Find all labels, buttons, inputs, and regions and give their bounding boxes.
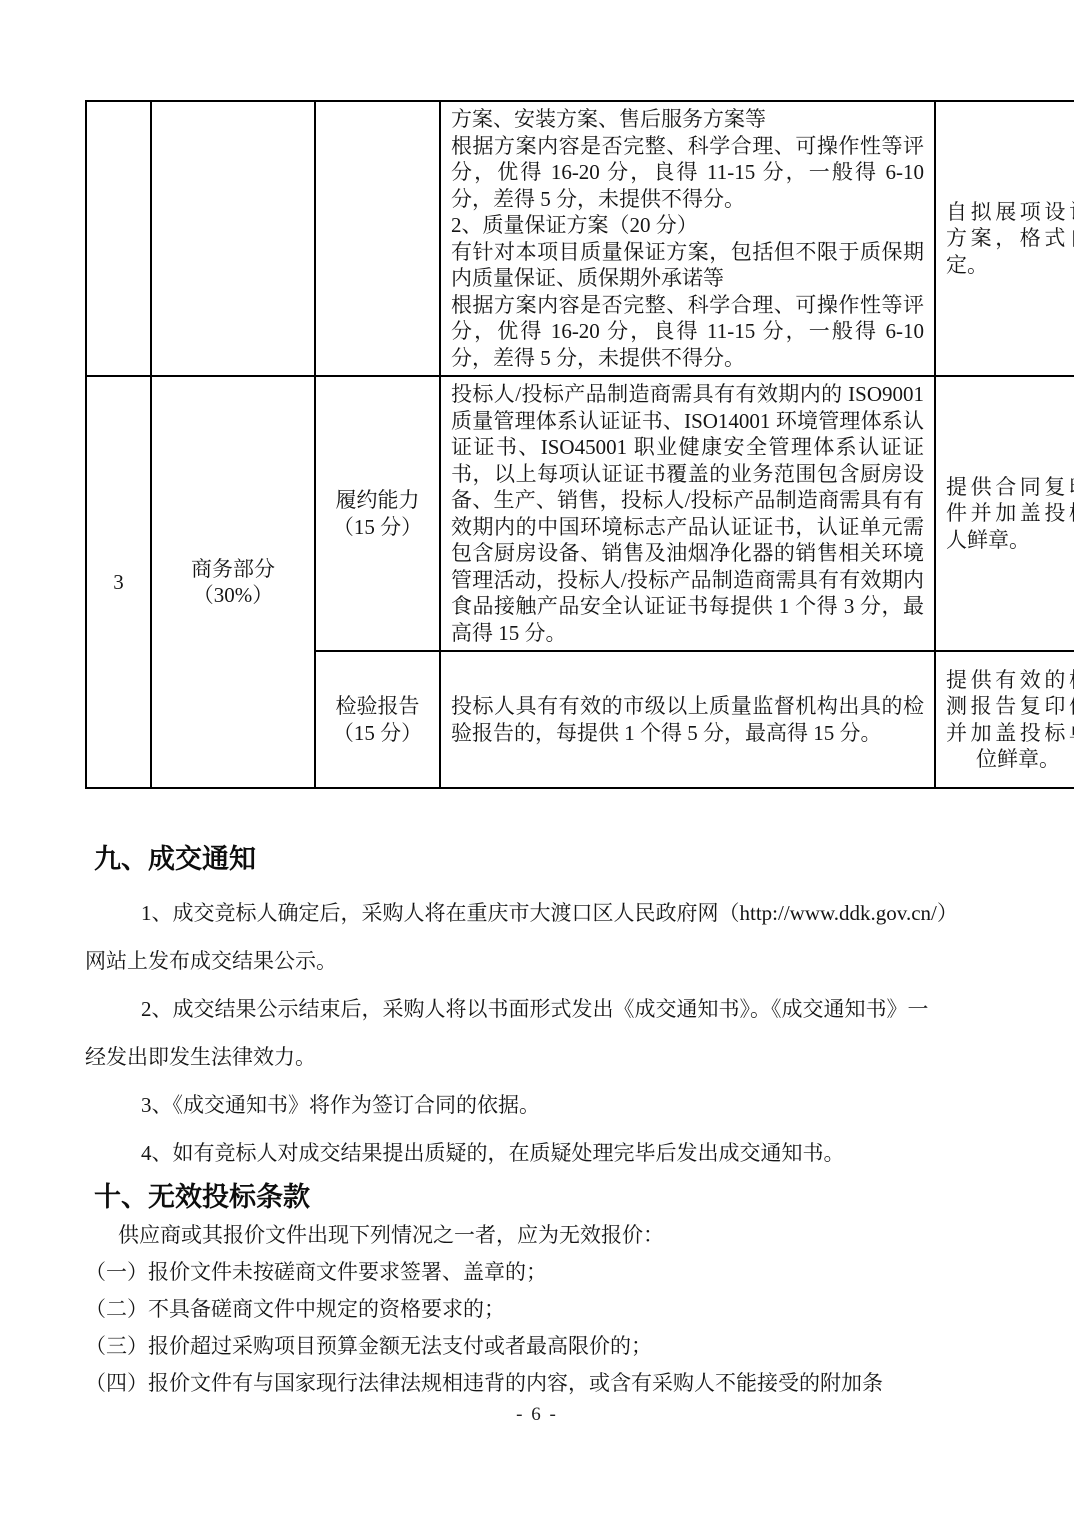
section10-intro: 供应商或其报价文件出现下列情况之一者，应为无效报价： <box>85 1217 990 1254</box>
section9-paragraphs: 1、成交竞标人确定后，采购人将在重庆市大渡口区人民政府网（http://www.… <box>85 889 965 1177</box>
paragraph-line: 网站上发布成交结果公示。 <box>85 937 965 985</box>
criteria-paragraph: 根据方案内容是否完整、科学合理、可操作性等评分，优得 16-20 分，良得 11… <box>451 133 924 213</box>
paragraph-line: 经发出即发生法律效力。 <box>85 1033 965 1081</box>
section10-body: 供应商或其报价文件出现下列情况之一者，应为无效报价： （一）报价文件未按磋商文件… <box>85 1217 990 1402</box>
page-body: 九、成交通知 1、成交竞标人确定后，采购人将在重庆市大渡口区人民政府网（http… <box>85 841 990 1402</box>
table-row-commercial: 3 商务部分（30%） 履约能力（15 分） 投标人/投标产品制造商需具有有效期… <box>86 376 1074 651</box>
paragraph-line: 1、成交竞标人确定后，采购人将在重庆市大渡口区人民政府网（http://www.… <box>85 889 965 937</box>
cell-serial-number: 3 <box>86 376 151 788</box>
cell-no-empty <box>86 101 151 376</box>
cell-criteria: 投标人具有有效的市级以上质量监督机构出具的检验报告的，每提供 1 个得 5 分，… <box>440 651 935 788</box>
cell-item-empty <box>315 101 440 376</box>
cell-category: 商务部分（30%） <box>151 376 315 788</box>
cell-note: 提供有效的检测报告复印件并加盖投标单位鲜章。 <box>935 651 1074 788</box>
criteria-paragraph: 2、质量保证方案（20 分） <box>451 212 924 239</box>
section10-heading: 十、无效投标条款 <box>85 1179 990 1215</box>
paragraph: 4、如有竞标人对成交结果提出质疑的，在质疑处理完毕后发出成交通知书。 <box>85 1129 965 1177</box>
cell-note: 提供合同复印件并加盖投标人鲜章。 <box>935 376 1074 651</box>
table-row-continuation: 方案、安装方案、售后服务方案等 根据方案内容是否完整、科学合理、可操作性等评分，… <box>86 101 1074 376</box>
section10-item: （一）报价文件未按磋商文件要求签署、盖章的； <box>85 1254 990 1291</box>
section10-item: （四）报价文件有与国家现行法律法规相违背的内容，或含有采购人不能接受的附加条 <box>85 1365 990 1402</box>
document-page: 方案、安装方案、售后服务方案等 根据方案内容是否完整、科学合理、可操作性等评分，… <box>0 0 1074 1520</box>
criteria-paragraph: 方案、安装方案、售后服务方案等 <box>451 106 924 133</box>
cell-category-empty <box>151 101 315 376</box>
cell-item-inspection: 检验报告（15 分） <box>315 651 440 788</box>
criteria-paragraph: 根据方案内容是否完整、科学合理、可操作性等评分，优得 16-20 分，良得 11… <box>451 292 924 372</box>
cell-item-performance: 履约能力（15 分） <box>315 376 440 651</box>
cell-criteria: 投标人/投标产品制造商需具有有效期内的 ISO9001 质量管理体系认证证书、I… <box>440 376 935 651</box>
paragraph: 1、成交竞标人确定后，采购人将在重庆市大渡口区人民政府网（http://www.… <box>85 889 965 985</box>
section10-item: （二）不具备磋商文件中规定的资格要求的； <box>85 1291 990 1328</box>
criteria-paragraph: 有针对本项目质量保证方案，包括但不限于质保期内质量保证、质保期外承诺等 <box>451 239 924 292</box>
section9-heading: 九、成交通知 <box>85 841 990 877</box>
evaluation-table: 方案、安装方案、售后服务方案等 根据方案内容是否完整、科学合理、可操作性等评分，… <box>85 100 1074 789</box>
paragraph-line: 4、如有竞标人对成交结果提出质疑的，在质疑处理完毕后发出成交通知书。 <box>85 1129 965 1177</box>
section10-item: （三）报价超过采购项目预算金额无法支付或者最高限价的； <box>85 1328 990 1365</box>
cell-criteria: 方案、安装方案、售后服务方案等 根据方案内容是否完整、科学合理、可操作性等评分，… <box>440 101 935 376</box>
paragraph-line: 2、成交结果公示结束后，采购人将以书面形式发出《成交通知书》。《成交通知书》一 <box>85 985 965 1033</box>
page-number: - 6 - <box>0 1404 1074 1426</box>
paragraph: 2、成交结果公示结束后，采购人将以书面形式发出《成交通知书》。《成交通知书》一 … <box>85 985 965 1081</box>
cell-note: 自拟展项设计方案，格式自定。 <box>935 101 1074 376</box>
paragraph-line: 3、《成交通知书》将作为签订合同的依据。 <box>85 1081 965 1129</box>
paragraph: 3、《成交通知书》将作为签订合同的依据。 <box>85 1081 965 1129</box>
